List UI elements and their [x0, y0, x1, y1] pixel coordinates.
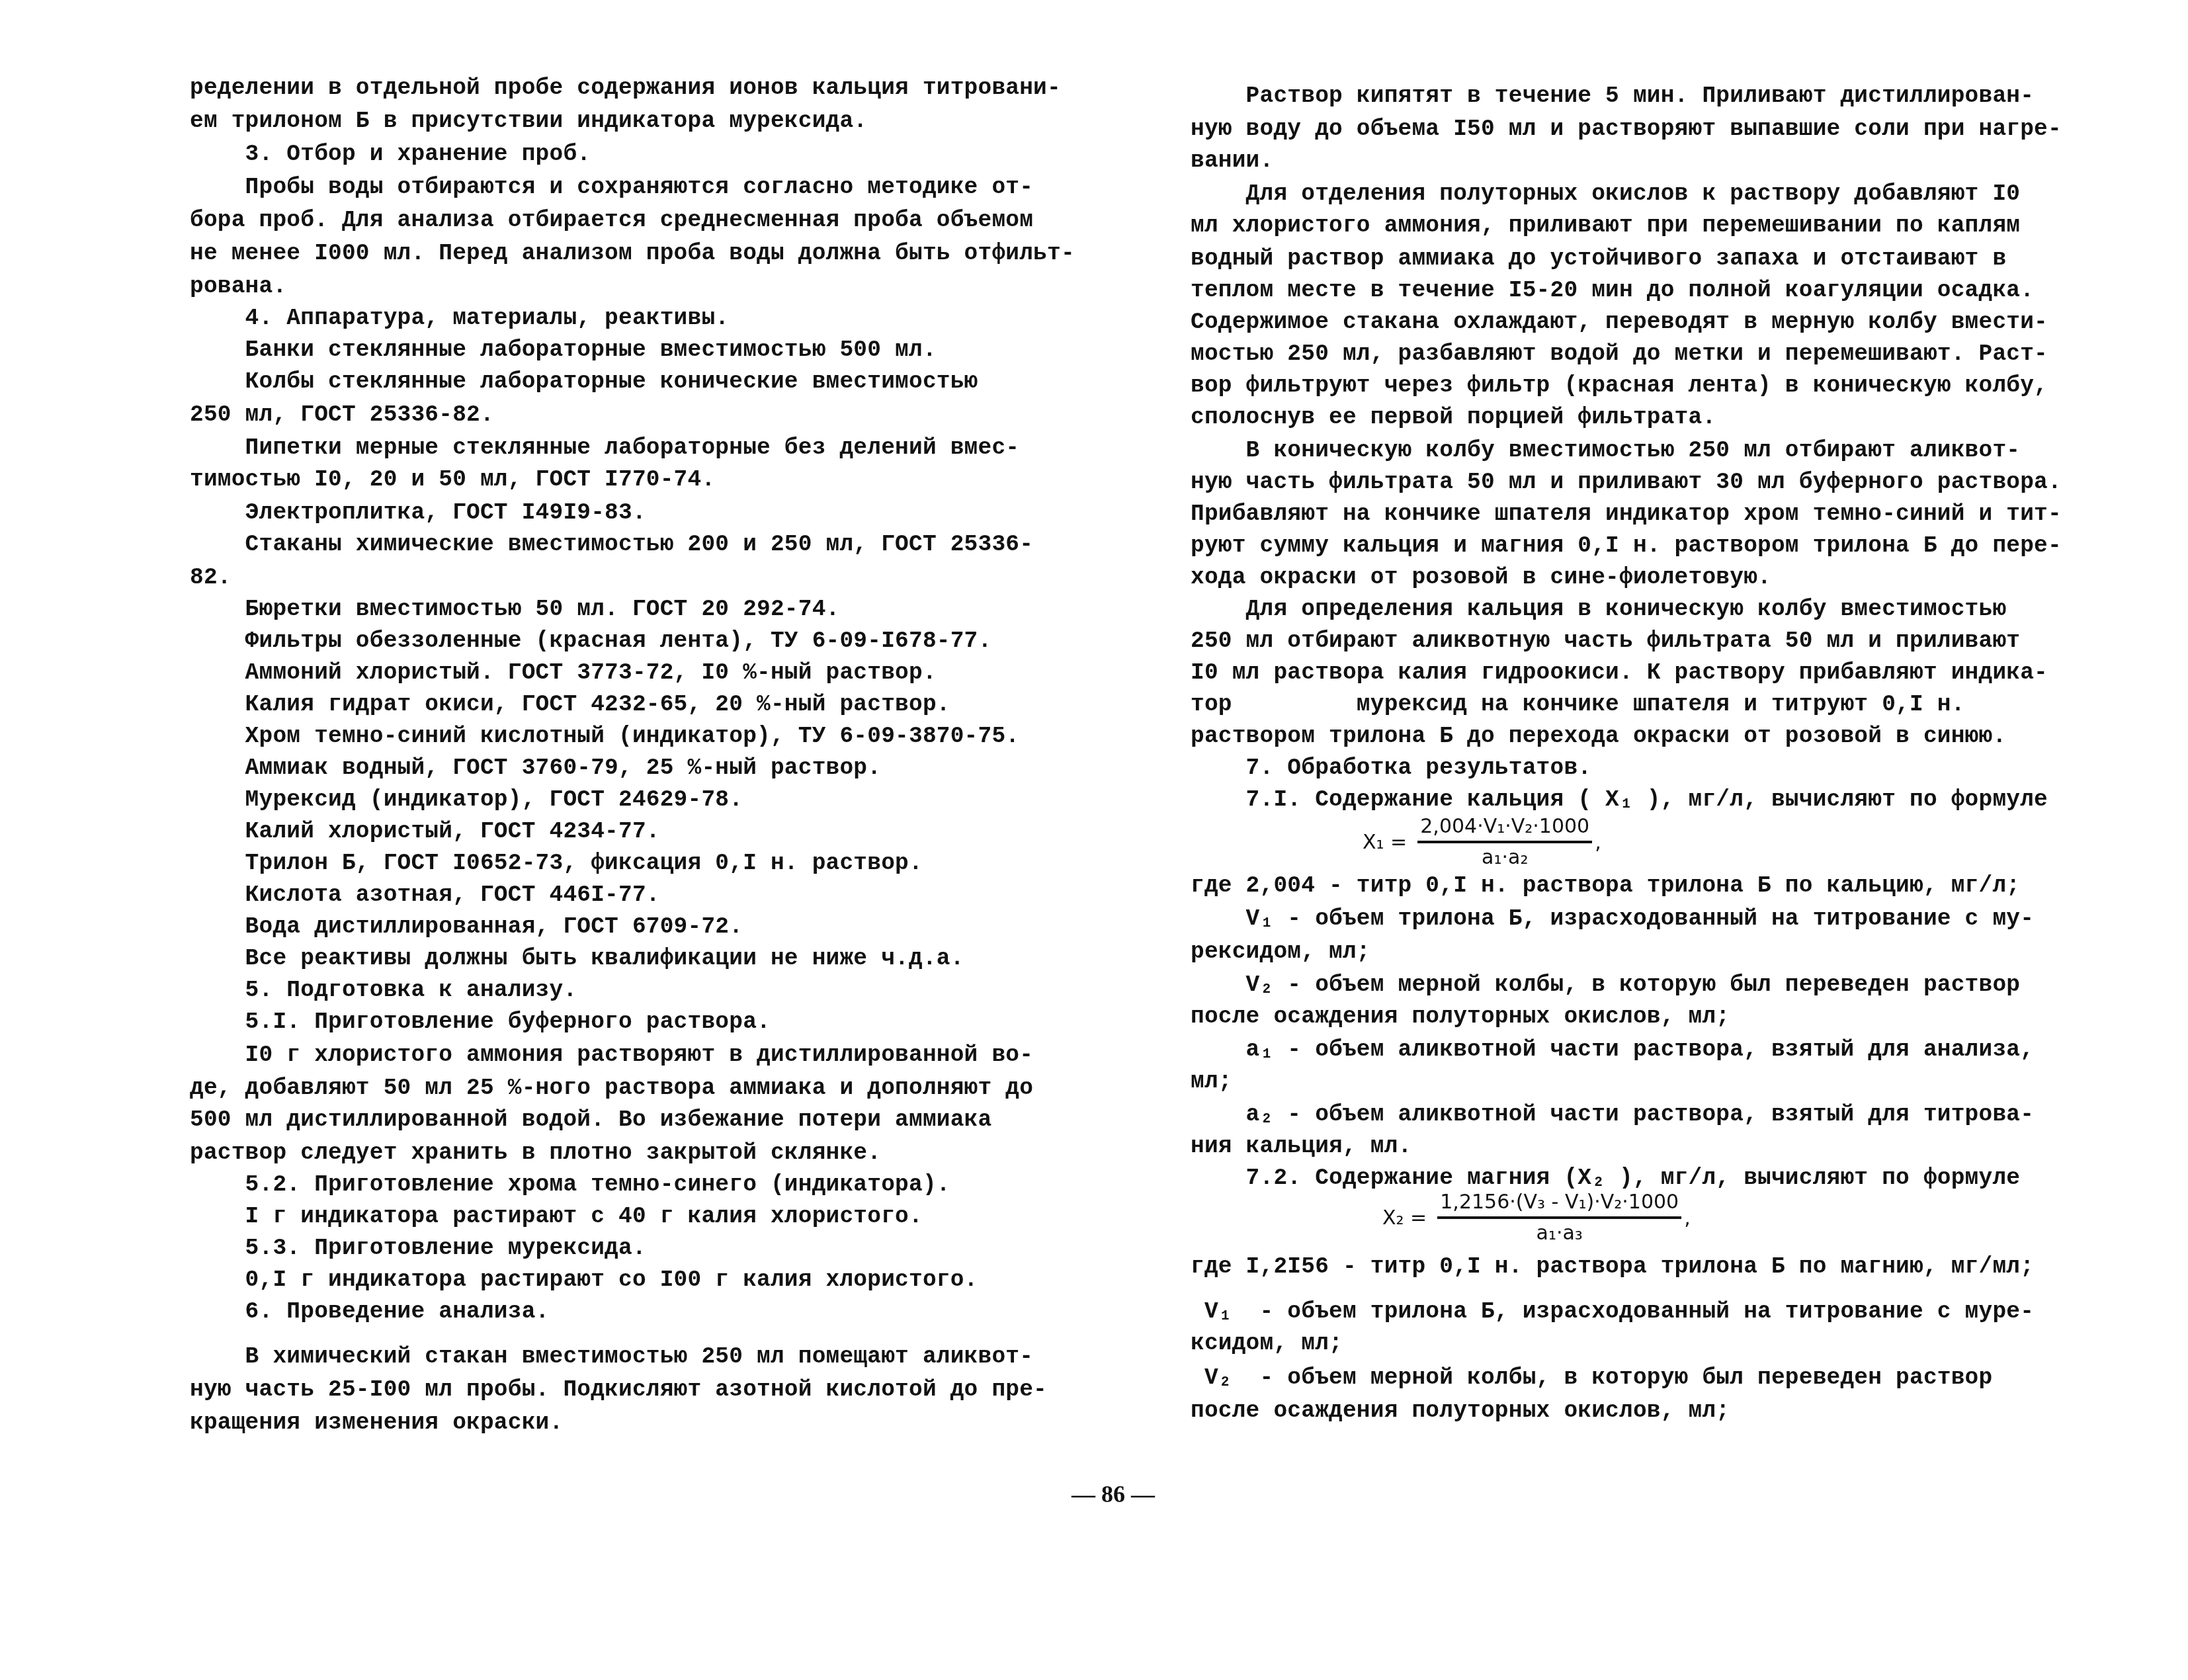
text-line: Калий хлористый, ГОСТ 4234-77. [190, 818, 660, 847]
section-heading: 5.I. Приготовление буферного раствора. [190, 1008, 771, 1037]
section-heading: 7. Обработка результатов. [1191, 754, 1591, 783]
text-line: ем трилоном Б в присутствии индикатора м… [190, 107, 867, 136]
text-line: мл; [1191, 1068, 1232, 1097]
text-line: Хром темно-синий кислотный (индикатор), … [190, 722, 1019, 751]
text-line: де, добавляют 50 мл 25 %-ного раствора а… [190, 1074, 1033, 1103]
formula-comma: , [1595, 831, 1601, 854]
text-line: Трилон Б, ГОСТ I0652-73, фиксация 0,I н.… [190, 849, 923, 878]
text-line: Прибавляют на кончике шпателя индикатор … [1191, 500, 2062, 529]
formula-magnesium: X₂ = 1,2156·(V₃ - V₁)·V₂·1000 a₁·a₃ , [1382, 1191, 1691, 1245]
document-page: ределении в отдельной пробе содержания и… [0, 0, 2188, 1680]
text-line: раствор следует хранить в плотно закрыто… [190, 1139, 881, 1168]
text-line: Кислота азотная, ГОСТ 446I-77. [190, 881, 660, 910]
text-line: теплом месте в течение I5-20 мин до полн… [1191, 276, 2034, 306]
text-line: ную часть 25-I00 мл пробы. Подкисляют аз… [190, 1376, 1047, 1405]
text-line: 250 мл, ГОСТ 25336-82. [190, 401, 494, 430]
formula-calcium: X₁ = 2,004·V₁·V₂·1000 a₁·a₂ , [1363, 815, 1601, 869]
text-line: вании. [1191, 147, 1273, 176]
text-line: Колбы стеклянные лабораторные конические… [190, 368, 978, 397]
text-line: мл хлористого аммония, приливают при пер… [1191, 212, 2020, 241]
section-heading: 7.2. Содержание магния (X₂ ), мг/л, вычи… [1191, 1164, 2020, 1193]
section-heading: 5. Подготовка к анализу. [190, 976, 577, 1005]
text-line: ную часть фильтрата 50 мл и приливают 30… [1191, 468, 2062, 497]
formula-numerator: 1,2156·(V₃ - V₁)·V₂·1000 [1437, 1191, 1681, 1219]
text-line: руют сумму кальция и магния 0,I н. раств… [1191, 532, 2062, 561]
section-heading: 3. Отбор и хранение проб. [190, 140, 591, 169]
text-line: вор фильтруют через фильтр (красная лент… [1191, 372, 2048, 401]
formula-denominator: a₁·a₂ [1482, 843, 1528, 869]
text-line: где I,2I56 - титр 0,I н. раствора трилон… [1191, 1253, 2034, 1282]
text-line: водный раствор аммиака до устойчивого за… [1191, 245, 2006, 274]
formula-lhs: X₂ = [1382, 1206, 1427, 1230]
section-heading: 5.3. Приготовление мурексида. [190, 1234, 646, 1263]
text-line: раствором трилона Б до перехода окраски … [1191, 722, 2006, 751]
text-line: Для определения кальция в коническую кол… [1191, 595, 2006, 624]
section-heading: 7.I. Содержание кальция ( X₁ ), мг/л, вы… [1191, 786, 2048, 815]
text-line: I г индикатора растирают с 40 г калия хл… [190, 1202, 923, 1232]
section-heading: 6. Проведение анализа. [190, 1298, 550, 1327]
formula-denominator: a₁·a₃ [1536, 1219, 1583, 1245]
text-line: тор мурексид на кончике шпателя и титрую… [1191, 691, 1965, 720]
text-line: 82. [190, 564, 231, 593]
text-line: V₁ - объем трилона Б, израсходованный на… [1191, 1298, 2034, 1327]
text-line: где 2,004 - титр 0,I н. раствора трилона… [1191, 872, 2020, 901]
text-line: Аммиак водный, ГОСТ 3760-79, 25 %-ный ра… [190, 754, 881, 783]
text-line: Фильтры обеззоленные (красная лента), ТУ… [190, 627, 991, 656]
text-line: Стаканы химические вместимостью 200 и 25… [190, 530, 1033, 560]
page-number: — 86 — [1072, 1480, 1151, 1508]
text-line: Все реактивы должны быть квалификации не… [190, 945, 964, 974]
text-line: Раствор кипятят в течение 5 мин. Прилива… [1191, 82, 2034, 111]
text-line: тимостью I0, 20 и 50 мл, ГОСТ I770-74. [190, 466, 715, 495]
text-line: В химический стакан вместимостью 250 мл … [190, 1343, 1033, 1372]
text-line: Калия гидрат окиси, ГОСТ 4232-65, 20 %-н… [190, 691, 950, 720]
text-line: a₁ - объем аликвотной части раствора, вз… [1191, 1036, 2034, 1065]
text-line: Пипетки мерные стеклянные лабораторные б… [190, 434, 1019, 463]
text-line: Аммоний хлористый. ГОСТ 3773-72, I0 %-ны… [190, 659, 937, 688]
text-line: ния кальция, мл. [1191, 1132, 1411, 1161]
text-line: после осаждения полуторных окислов, мл; [1191, 1003, 1730, 1032]
text-line: В коническую колбу вместимостью 250 мл о… [1191, 437, 2020, 466]
text-line: сполоснув ее первой порцией фильтрата. [1191, 403, 1716, 433]
text-line: I0 мл раствора калия гидроокиси. К раств… [1191, 659, 2048, 688]
text-line: мостью 250 мл, разбавляют водой до метки… [1191, 340, 2048, 369]
text-line: бора проб. Для анализа отбирается средне… [190, 206, 1033, 235]
text-line: V₁ - объем трилона Б, израсходованный на… [1191, 905, 2034, 934]
text-line: 250 мл отбирают аликвотную часть фильтра… [1191, 627, 2020, 656]
text-line: после осаждения полуторных окислов, мл; [1191, 1397, 1730, 1426]
text-line: V₂ - объем мерной колбы, в которую был п… [1191, 1364, 1992, 1393]
text-line: хода окраски от розовой в сине-фиолетову… [1191, 564, 1771, 593]
text-line: Содержимое стакана охлаждают, переводят … [1191, 308, 2048, 337]
fraction: 2,004·V₁·V₂·1000 a₁·a₂ [1417, 815, 1592, 869]
text-line: ксидом, мл; [1191, 1329, 1343, 1359]
formula-comma: , [1684, 1206, 1691, 1230]
text-line: не менее I000 мл. Перед анализом проба в… [190, 239, 1075, 269]
text-line: Банки стеклянные лабораторные вместимост… [190, 336, 937, 365]
text-line: кращения изменения окраски. [190, 1409, 563, 1438]
text-line: Электроплитка, ГОСТ I49I9-83. [190, 499, 646, 528]
section-heading: 5.2. Приготовление хрома темно-синего (и… [190, 1171, 950, 1200]
formula-numerator: 2,004·V₁·V₂·1000 [1417, 815, 1592, 843]
text-line: 0,I г индикатора растирают со I00 г кали… [190, 1266, 978, 1295]
text-line: рексидом, мл; [1191, 938, 1370, 967]
text-line: a₂ - объем аликвотной части раствора, вз… [1191, 1101, 2034, 1130]
text-line: Пробы воды отбираются и сохраняются согл… [190, 173, 1033, 202]
text-line: I0 г хлористого аммония растворяют в дис… [190, 1041, 1033, 1070]
section-heading: 4. Аппаратура, материалы, реактивы. [190, 304, 729, 333]
text-line: Бюретки вместимостью 50 мл. ГОСТ 20 292-… [190, 595, 839, 624]
fraction: 1,2156·(V₃ - V₁)·V₂·1000 a₁·a₃ [1437, 1191, 1681, 1245]
text-line: Мурексид (индикатор), ГОСТ 24629-78. [190, 786, 743, 815]
text-line: Вода дистиллированная, ГОСТ 6709-72. [190, 913, 743, 942]
text-line: V₂ - объем мерной колбы, в которую был п… [1191, 971, 2020, 1000]
text-line: Для отделения полуторных окислов к раств… [1191, 180, 2020, 209]
text-line: ределении в отдельной пробе содержания и… [190, 74, 1061, 103]
text-line: 500 мл дистиллированной водой. Во избежа… [190, 1106, 991, 1135]
formula-lhs: X₁ = [1363, 831, 1407, 854]
text-line: рована. [190, 273, 286, 302]
text-line: ную воду до объема I50 мл и растворяют в… [1191, 115, 2062, 144]
